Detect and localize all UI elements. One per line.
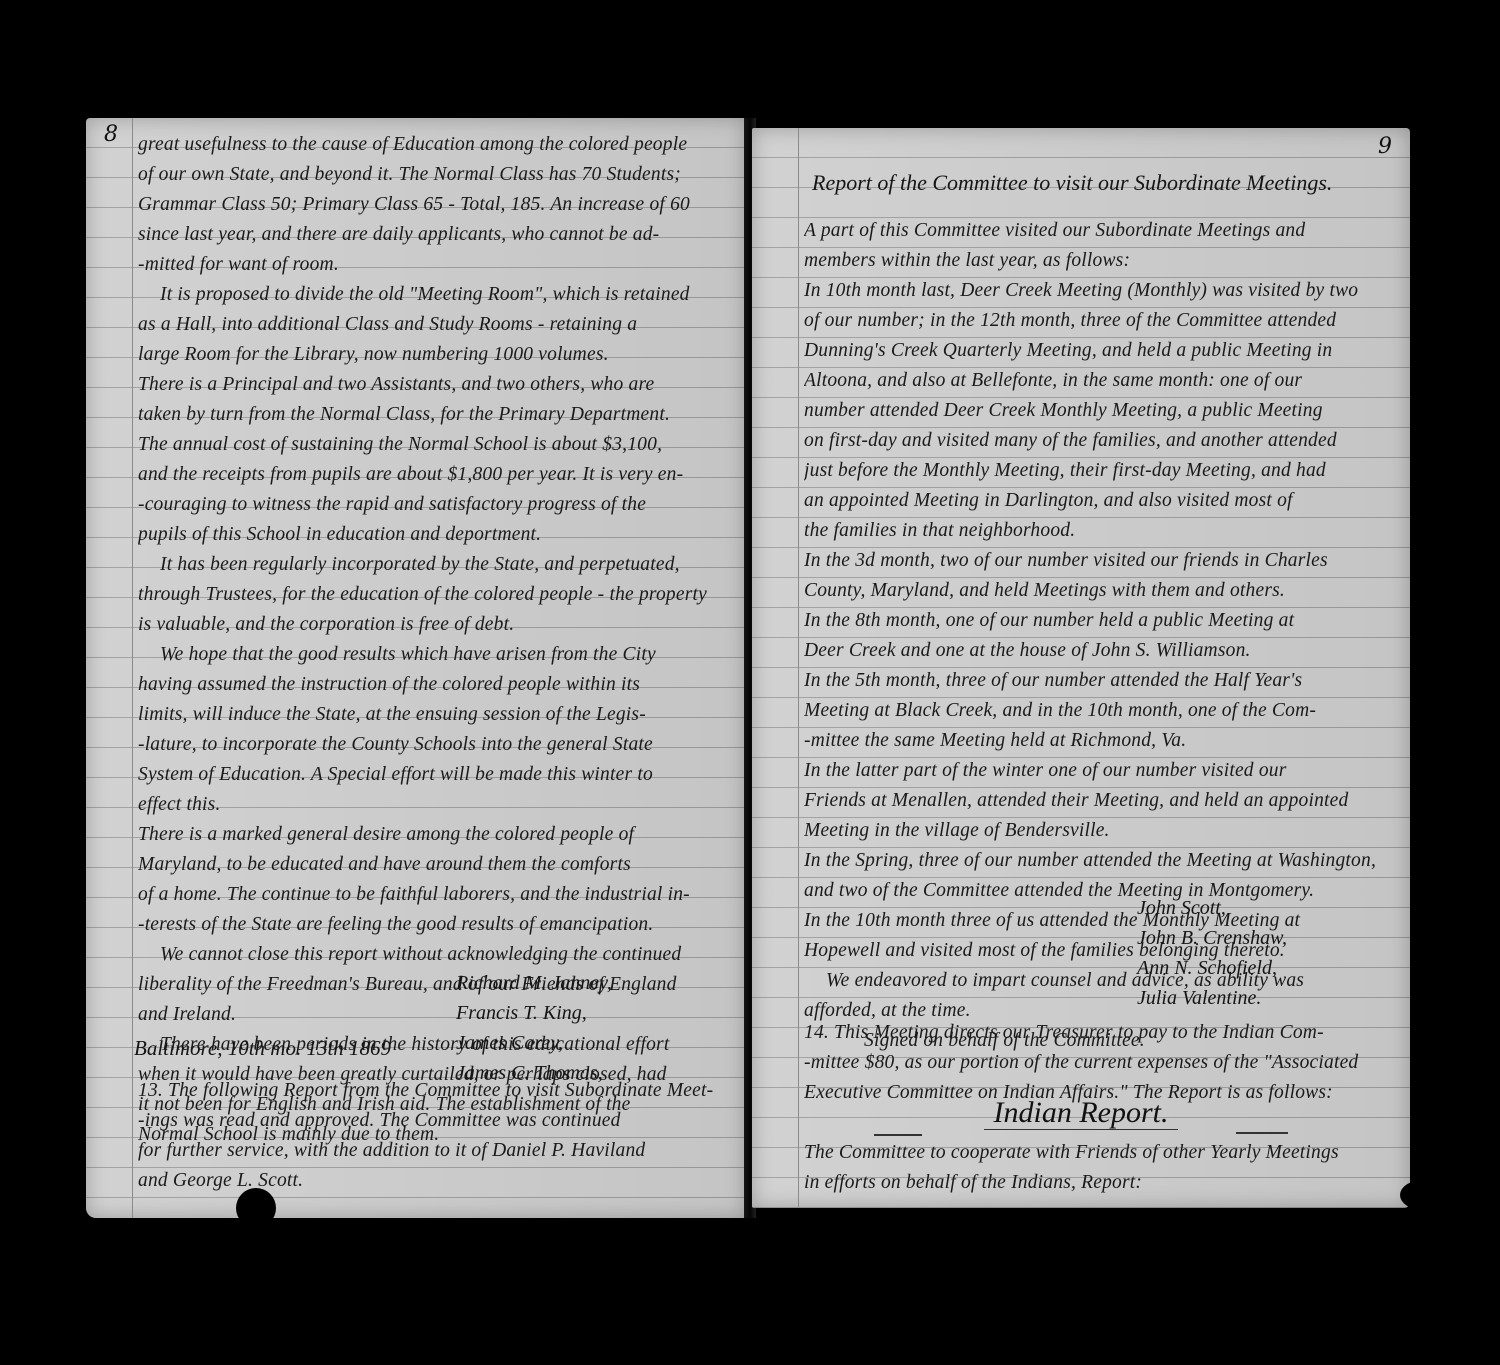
signature: Richard M. Janney, — [456, 968, 612, 998]
text-line: having assumed the instruction of the co… — [138, 670, 728, 700]
text-line: There is a Principal and two Assistants,… — [138, 370, 728, 400]
text-line: liberality of the Freedman's Bureau, and… — [138, 970, 728, 1000]
text-line: It is proposed to divide the old "Meetin… — [138, 280, 728, 310]
text-line: Friends at Menallen, attended their Meet… — [804, 786, 1392, 816]
text-line: number attended Deer Creek Monthly Meeti… — [804, 396, 1392, 426]
text-line: members within the last year, as follows… — [804, 246, 1392, 276]
text-line: Meeting at Black Creek, and in the 10th … — [804, 696, 1392, 726]
text-line: Altoona, and also at Bellefonte, in the … — [804, 366, 1392, 396]
text-line: as a Hall, into additional Class and Stu… — [138, 310, 728, 340]
text-line: taken by turn from the Normal Class, for… — [138, 400, 728, 430]
text-line: for further service, with the addition t… — [138, 1136, 728, 1166]
text-line: -couraging to witness the rapid and sati… — [138, 490, 728, 520]
text-line: In the latter part of the winter one of … — [804, 756, 1392, 786]
text-line: Hopewell and visited most of the familie… — [804, 936, 1392, 966]
text-line: In the 3d month, two of our number visit… — [804, 546, 1392, 576]
text-line: -mittee $80, as our portion of the curre… — [804, 1048, 1392, 1078]
left-page-body: great usefulness to the cause of Educati… — [138, 130, 728, 1150]
text-line: In the 8th month, one of our number held… — [804, 606, 1392, 636]
text-line: pupils of this School in education and d… — [138, 520, 728, 550]
text-line: System of Education. A Special effort wi… — [138, 760, 728, 790]
text-line: an appointed Meeting in Darlington, and … — [804, 486, 1392, 516]
text-line: just before the Monthly Meeting, their f… — [804, 456, 1392, 486]
text-line: in efforts on behalf of the Indians, Rep… — [804, 1168, 1392, 1198]
text-line: There is a marked general desire among t… — [138, 820, 728, 850]
text-line: -lature, to incorporate the County Schoo… — [138, 730, 728, 760]
text-line: In the 10th month three of us attended t… — [804, 906, 1392, 936]
signature: Francis T. King, — [456, 998, 612, 1028]
text-line: The annual cost of sustaining the Normal… — [138, 430, 728, 460]
text-line: It has been regularly incorporated by th… — [138, 550, 728, 580]
text-line: County, Maryland, and held Meetings with… — [804, 576, 1392, 606]
indian-report-body: The Committee to cooperate with Friends … — [804, 1138, 1392, 1198]
minute-14: 14. This Meeting directs our Treasurer t… — [804, 1018, 1392, 1108]
text-line: In the 5th month, three of our number at… — [804, 666, 1392, 696]
text-line: The Committee to cooperate with Friends … — [804, 1138, 1392, 1168]
text-line: of our own State, and beyond it. The Nor… — [138, 160, 728, 190]
text-line: We endeavored to impart counsel and advi… — [804, 966, 1392, 996]
title-rule-left — [874, 1134, 922, 1136]
right-margin-rule — [798, 128, 799, 1208]
text-line: We hope that the good results which have… — [138, 640, 728, 670]
signature: Julia Valentine. — [1137, 983, 1287, 1013]
indian-report-title: Indian Report. — [984, 1096, 1179, 1130]
text-line: -terests of the State are feeling the go… — [138, 910, 728, 940]
text-line: -mittee the same Meeting held at Richmon… — [804, 726, 1392, 756]
page-number-right: 9 — [1378, 134, 1392, 159]
text-line: Dunning's Creek Quarterly Meeting, and h… — [804, 336, 1392, 366]
left-margin-rule — [132, 118, 133, 1218]
text-line: of our number; in the 12th month, three … — [804, 306, 1392, 336]
text-line: limits, will induce the State, at the en… — [138, 700, 728, 730]
text-line: and Ireland. — [138, 1000, 728, 1030]
report-heading: Report of the Committee to visit our Sub… — [812, 170, 1332, 196]
minute-13: 13. The following Report from the Commit… — [138, 1076, 728, 1196]
page-number-left: 8 — [104, 122, 118, 147]
text-line: 14. This Meeting directs our Treasurer t… — [804, 1018, 1392, 1048]
left-signatures: Richard M. Janney, Francis T. King, Jame… — [456, 968, 612, 1088]
text-line: and George L. Scott. — [138, 1166, 728, 1196]
text-line: and two of the Committee attended the Me… — [804, 876, 1392, 906]
text-line: and the receipts from pupils are about $… — [138, 460, 728, 490]
page-clip-shadow — [236, 1188, 276, 1228]
text-line: Deer Creek and one at the house of John … — [804, 636, 1392, 666]
text-line: In the Spring, three of our number atten… — [804, 846, 1392, 876]
section-title: Indian Report. — [752, 1096, 1410, 1130]
signature: John Scott, — [1137, 893, 1287, 923]
signature: Ann N. Schofield, — [1137, 953, 1287, 983]
text-line: large Room for the Library, now numberin… — [138, 340, 728, 370]
text-line: Maryland, to be educated and have around… — [138, 850, 728, 880]
text-line: -ings was read and approved. The Committ… — [138, 1106, 728, 1136]
text-line: is valuable, and the corporation is free… — [138, 610, 728, 640]
text-line: on first-day and visited many of the fam… — [804, 426, 1392, 456]
left-page: 8 great usefulness to the cause of Educa… — [86, 118, 746, 1218]
text-line: great usefulness to the cause of Educati… — [138, 130, 728, 160]
text-line: 13. The following Report from the Commit… — [138, 1076, 728, 1106]
text-line: Meeting in the village of Bendersville. — [804, 816, 1392, 846]
signature: James Carey, — [456, 1028, 612, 1058]
right-signatures: John Scott, John B. Crenshaw, Ann N. Sch… — [1137, 893, 1287, 1013]
text-line: since last year, and there are daily app… — [138, 220, 728, 250]
text-line: Grammar Class 50; Primary Class 65 - Tot… — [138, 190, 728, 220]
text-line: the families in that neighborhood. — [804, 516, 1392, 546]
text-line: In 10th month last, Deer Creek Meeting (… — [804, 276, 1392, 306]
page-clip-shadow — [1400, 1180, 1446, 1210]
text-line: -mitted for want of room. — [138, 250, 728, 280]
signature: John B. Crenshaw, — [1137, 923, 1287, 953]
right-page-body: A part of this Committee visited our Sub… — [804, 216, 1392, 1056]
dateline: Baltimore, 10th mo. 13th 1869 — [134, 1036, 391, 1061]
text-line: A part of this Committee visited our Sub… — [804, 216, 1392, 246]
text-line: effect this. — [138, 790, 728, 820]
text-line: We cannot close this report without ackn… — [138, 940, 728, 970]
text-line: through Trustees, for the education of t… — [138, 580, 728, 610]
text-line: of a home. The continue to be faithful l… — [138, 880, 728, 910]
right-page: 9 Report of the Committee to visit our S… — [752, 128, 1410, 1208]
title-rule-right — [1236, 1132, 1288, 1134]
